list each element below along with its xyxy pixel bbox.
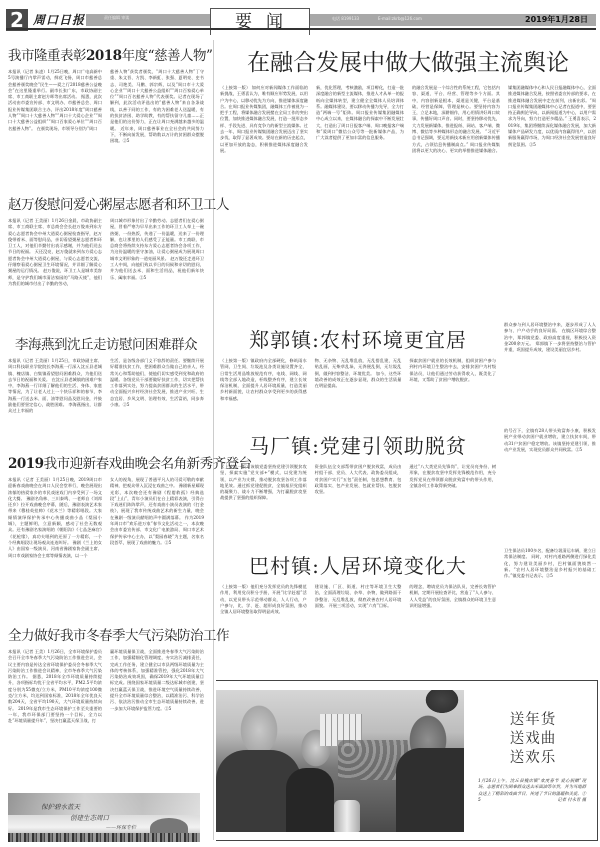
article-headline: 赵万俊慰问爱心粥屋志愿者和环卫工人 — [8, 193, 204, 213]
banner-slogan-2: 创建生态周口 — [70, 813, 109, 822]
article-column: 本报讯（记者 王美）1月26日，全市环境保护委员会召开全市冬春季大气污染防治工作… — [8, 649, 102, 795]
article-column: 的理念，聘请党员为保洁队员，完善长效管护机制，定期开展检查评比，营造了“人人参与… — [409, 584, 496, 674]
article-column: 探索贫困户就业的长效机制，组织贫困户参与到村内环境卫生整治中去，安排贫困户为村级… — [409, 358, 496, 430]
article-body: 本报讯（记者 王美丽）1月25日，市政协副主席、周口科技职业学院院长李海燕一行深… — [8, 358, 204, 448]
article-column: 的融合发展是一个综合性的系统工程，它包括内容、渠道、平台、经营、管理等多个方面。… — [412, 85, 500, 315]
article-column: 女人的视角，展现了普通平凡人的可爱可敬的奉献精神，把观众带入沉浸在戏曲之中。 豫… — [110, 477, 204, 605]
masthead: 2 周口日报 责任编辑 审读 要闻 电话 8199133 E-mail:zkrb… — [0, 0, 600, 40]
article-column: 媒集团融媒体中心和人民日报融媒体中心，全面推进媒体融合发展，按照省委宣传部的要求… — [508, 85, 596, 315]
article-headline: 2019我市迎新春戏曲晚会名角新秀齐登台 — [8, 452, 204, 472]
article-headline: 马厂镇:党建引领助脱贫 — [220, 430, 496, 459]
article-column: 物、无杂物、无乱堆乱放，无乱搭乱建，无乱贴乱画，无柴草乱垛，无粪便乱倒，无垃圾乱… — [315, 358, 402, 430]
article-zhengguo-town: 郑郭镇:农村环境更宜居 （上接第一版）镇政府内全部硬化，修筑雨水管网，卫生间、垃… — [220, 322, 596, 430]
paper-name-logo: 周口日报 — [33, 11, 85, 28]
article-headline: 巴村镇:人居环境变化大 — [220, 550, 496, 579]
article-headline: 全力做好我市冬春季大气污染防治工作 — [8, 624, 204, 644]
article-headline: 郑郭镇:农村环境更宜居 — [220, 324, 496, 353]
article-body: 本报讯（记者 王美丽）1月25日晚，2019周口市迎新春戏曲晚会在周口人民会堂举… — [8, 477, 204, 605]
article-bacun-town: 巴村镇:人居环境变化大 （上接第一版）他们充分发挥党员的先锋模范作用，利用党员积… — [220, 548, 596, 674]
article-body: （上接第一版） 如何应对新闻媒体工作面临的新挑战，王勇喜认为，唯有顺应形势发展，… — [220, 85, 596, 315]
masthead-bar-left: 责任编辑 审读 — [86, 14, 210, 26]
article-column: 通过“八大类党员先锋岗”，让党员亮身份、树形象，在脱贫攻坚中发挥先锋模范作用，充… — [409, 464, 496, 536]
article-body: （上接第一版）镇政府内全部硬化，修筑雨水管网，卫生间、垃圾池及各类设施设置齐全，… — [220, 358, 496, 430]
article-body: 本报讯（记者 朱凌）1月25日晚，周口广电高新中5号演播厅内掌声雷动，鲜花飞扬，… — [8, 69, 204, 177]
article-column: 卫生保洁员100多名，配备垃圾清运车辆，建立日常保洁制度。 同时，对村内道路两侧… — [504, 548, 596, 666]
article-column: （上接第一版） 如何应对新闻媒体工作面临的新挑战，王勇喜认为，唯有顺应形势发展，… — [220, 85, 308, 315]
article-body: 本报讯（记者 王美丽）1月26日金晨，市政协副主席、市工商联主席、市总商会会长赵… — [8, 218, 204, 331]
lead-article-media-convergence: 在融合发展中做大做强主流舆论 （上接第一版） 如何应对新闻媒体工作面临的新挑战，… — [220, 44, 596, 315]
banner-column-name: ——环保专栏 — [106, 824, 136, 831]
article-body: （上接第一版）他们充分发挥党员的先锋模范作用，利用党员积分手册，开展“比学赶超”… — [220, 584, 496, 674]
city-skyline-graphic — [8, 833, 200, 842]
section-title: 要闻 — [210, 8, 310, 35]
column-divider — [213, 40, 214, 840]
email-address: E-mail:zkrb@126.com — [378, 16, 422, 21]
article-poverty-visit: 李海燕到沈丘走访慰问困难群众 本报讯（记者 王美丽）1月25日，市政协副主席、周… — [8, 333, 204, 448]
editor-line: 责任编辑 审读 — [104, 15, 129, 21]
article-column: （上接第一版）镇政府内全部硬化，修筑雨水管网，卫生间、垃圾池及各类设施设置齐全，… — [220, 358, 307, 430]
article-column: 本报讯（记者 朱凌）1月25日晚，周口广电高新中5号演播厅内掌声雷动，鲜花飞扬，… — [8, 69, 102, 177]
article-column: （上接第一版）该镇党委坚持党建引领脱贫攻坚，探索实施“党支部+”模式，以党建为统… — [220, 464, 307, 536]
article-column: 赢环境质量保卫战，全面推进冬春季大气污染防治工作，加强精细化管理调度，夯实治污减… — [110, 649, 204, 795]
masthead-bar-right: 电话 8199133 E-mail:zkrb@126.com 2019年1月28… — [310, 14, 596, 26]
article-opera-gala: 2019我市迎新春戏曲晚会名角新秀齐登台 本报讯（记者 王美丽）1月25日晚，2… — [8, 452, 204, 605]
lead-headline: 在融合发展中做大做强主流舆论 — [220, 44, 596, 77]
article-column: 慈善人物”获奖者颁奖，“周口十大慈善人物”丁守重、朱文晋、方凯、李新虹、张强、夏… — [110, 69, 204, 177]
article-column: （上接第一版）他们充分发挥党员的先锋模范作用，利用党员积分手册，开展“比学赶超”… — [220, 584, 307, 674]
article-column: 资金队伍全支部帮带贫困户脱贫致富，成员由村组干部、党员、人大代表、政协委员组成，… — [315, 464, 402, 536]
article-column: 的号召下，全镇有28人带头致富奔小康，积极发展产业带动贫困户就业增收，建立扶贫车… — [504, 428, 596, 536]
article-column: 新，优化管理，考核激励，项目孵化，打造一批深度融合的新型主流媒体，推进人才从单一… — [316, 85, 404, 315]
article-column: 本报讯（记者 王美丽）1月25日，市政协副主席、周口科技职业学院院长李海燕一行深… — [8, 358, 102, 448]
phone-number: 电话 8199133 — [332, 16, 359, 22]
article-sanitation-workers: 赵万俊慰问爱心粥屋志愿者和环卫工人 本报讯（记者 王美丽）1月26日金晨，市政协… — [8, 193, 204, 331]
photo-credit: 记者 付永青 摄 — [557, 798, 586, 804]
article-column: 生活，是各级各部门义不容辞的责任。要继续开展好精准扶贫工作，把困难群众当做自己的… — [110, 358, 204, 448]
article-column: 周口城市形象付出了辛勤劳动。志愿者们在爱心粥屋，冒着严寒为早早出来工作的环卫工人… — [110, 218, 204, 331]
photo-feature-title: 送年货 送戏曲 送欢乐 — [500, 711, 566, 768]
article-column: 群众参与到人居环境整治中来，逐步形成了人人参与、户户动手的良好局面。 在镇区环境… — [504, 322, 596, 422]
photo-feature-box: 送年货 送戏曲 送欢乐 1月26日上午，沈丘县槐店镇“欢度春节 爱心捐赠”现场，… — [216, 680, 598, 841]
article-body: （上接第一版）该镇党委坚持党建引领脱贫攻坚，探索实施“党支部+”模式，以党建为统… — [220, 464, 496, 536]
article-body: 本报讯（记者 王美）1月26日，全市环境保护委员会召开全市冬春季大气污染防治工作… — [8, 649, 204, 795]
article-air-pollution: 全力做好我市冬春季大气污染防治工作 本报讯（记者 王美）1月26日，全市环境保护… — [8, 624, 204, 795]
banner-slogan-1: 保护碧水蓝天 — [41, 802, 80, 811]
article-headline: 李海燕到沈丘走访慰问困难群众 — [8, 333, 204, 353]
article-column: 本报讯（记者 王美丽）1月26日金晨，市政协副主席、市工商联主席、市总商会会长赵… — [8, 218, 102, 331]
masthead-rule — [6, 28, 596, 30]
photo-caption: 1月26日上午，沈丘县槐店镇“欢度春节 爱心捐赠”现场，志愿者们为困难群众送去米… — [478, 779, 586, 805]
article-machang-town: 马厂镇:党建引领助脱贫 （上接第一版）该镇党委坚持党建引领脱贫攻坚，探索实施“党… — [220, 428, 596, 536]
issue-date: 2019年1月28日 — [525, 14, 588, 25]
article-charity-awards: 我市隆重表彰2018年度“慈善人物” 本报讯（记者 朱凌）1月25日晚，周口广电… — [8, 44, 204, 177]
article-column: 本报讯（记者 王美丽）1月25日晚，2019周口市迎新春戏曲晚会在周口人民会堂举… — [8, 477, 102, 605]
article-column: 建设施、厂区、街道、村庄等环境卫生大整治，全面清理垃圾、杂草、杂物，做到路面干净… — [315, 584, 402, 674]
article-headline: 我市隆重表彰2018年度“慈善人物” — [8, 44, 204, 64]
news-photo — [216, 690, 464, 832]
environmental-column-banner: 保护碧水蓝天 创建生态周口 ——环保专栏 — [8, 793, 200, 842]
